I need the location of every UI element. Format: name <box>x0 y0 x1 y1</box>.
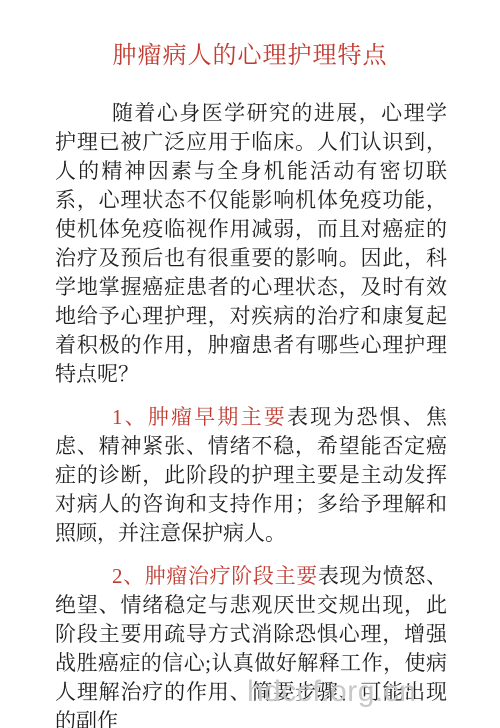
section-2-heading: 2、肿瘤治疗阶段主要 <box>112 564 318 588</box>
section-1-heading: 1、肿瘤早期主要 <box>112 405 287 429</box>
section-1-paragraph: 1、肿瘤早期主要表现为恐惧、焦虑、精神紧张、情绪不稳，希望能否定癌症的诊断，此阶… <box>55 403 447 548</box>
page-title: 肿瘤病人的心理护理特点 <box>0 40 500 72</box>
document-page: 肿瘤病人的心理护理特点 随着心身医学研究的进展，心理学护理已被广泛应用于临床。人… <box>0 0 500 728</box>
watermark: hdccf.org.cn <box>247 677 416 707</box>
intro-paragraph: 随着心身医学研究的进展，心理学护理已被广泛应用于临床。人们认识到，人的精神因素与… <box>55 99 447 389</box>
